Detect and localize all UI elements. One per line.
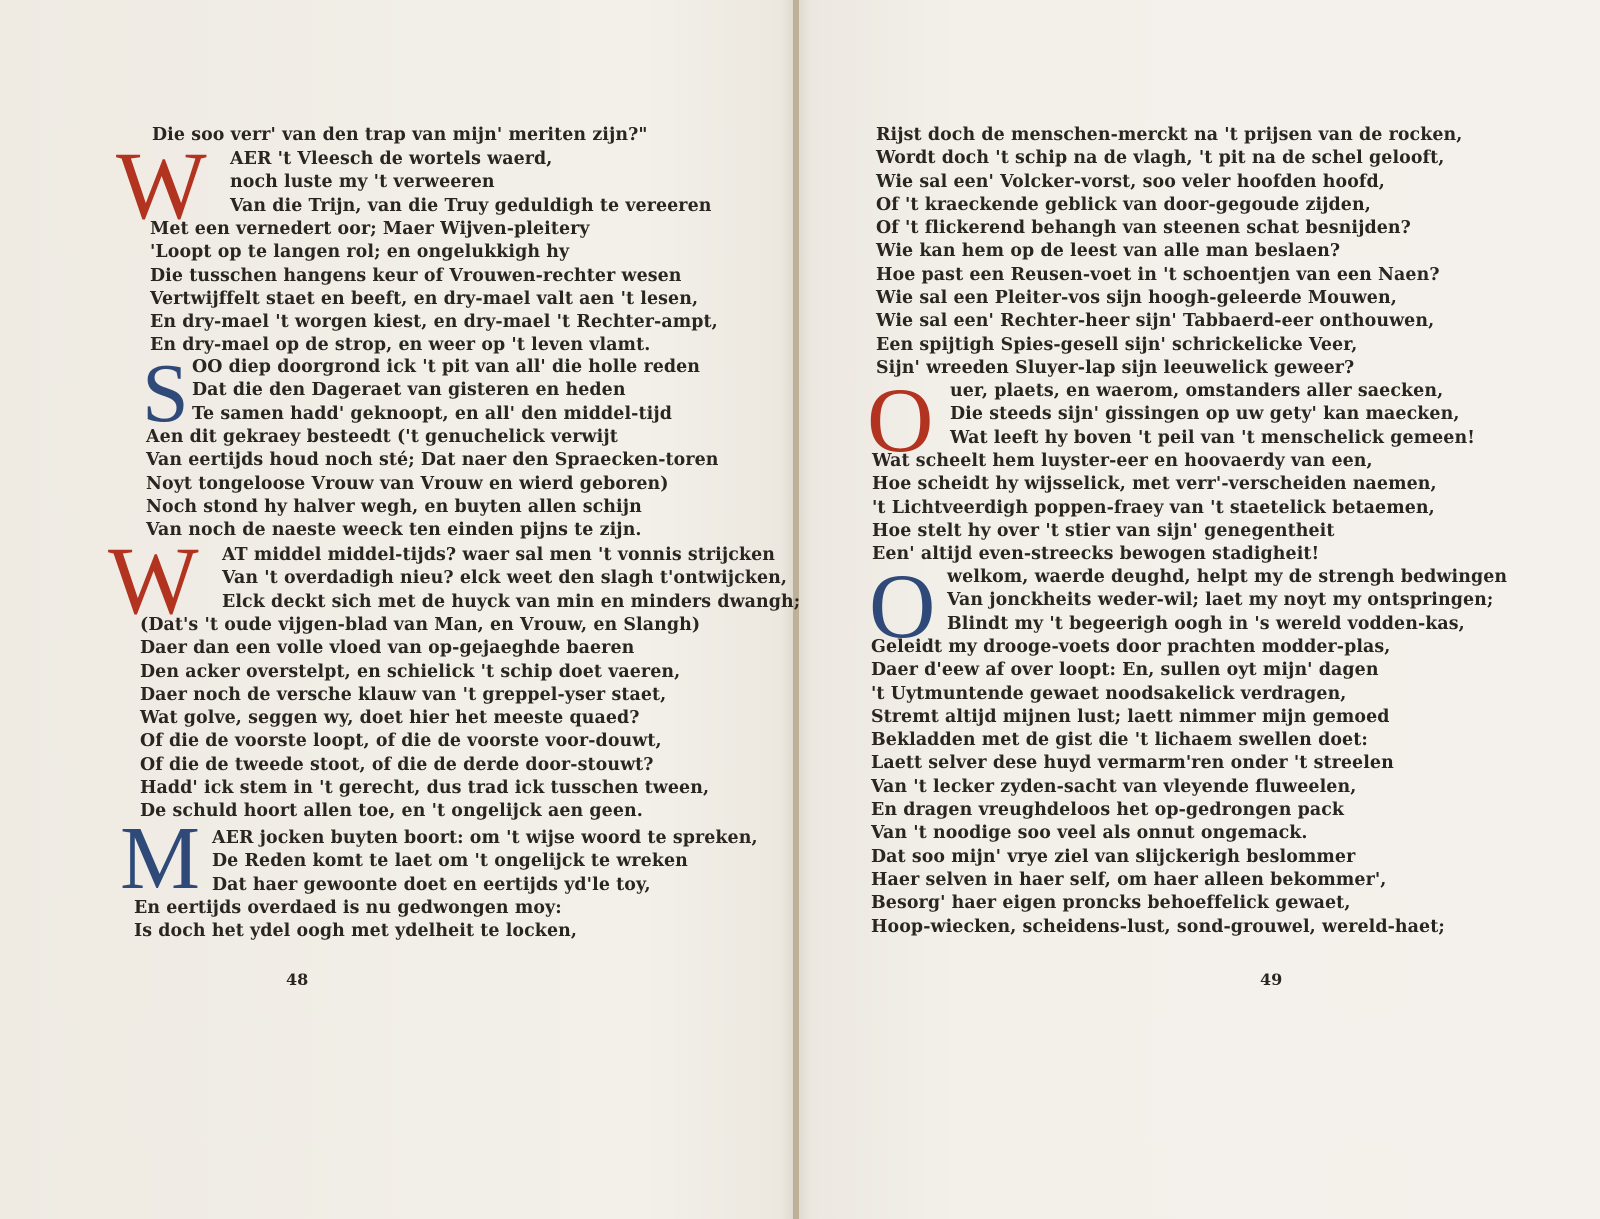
poem-line: 't Uytmuntende gewaet noodsakelick verdr…: [871, 683, 1445, 706]
stanza-cap-lines: welkom, waerde deughd, helpt my de stren…: [947, 566, 1507, 636]
poem-line: Hoe past een Reusen-voet in 't schoentje…: [876, 264, 1462, 287]
poem-line: Rijst doch de menschen-merckt na 't prij…: [876, 124, 1462, 147]
poem-line: Of die de voorste loopt, of die de voors…: [140, 730, 709, 753]
page-number: 49: [1260, 970, 1282, 989]
poem-line: OO diep doorgrond ick 't pit van all' di…: [192, 356, 700, 379]
poem-line: AER jocken buyten boort: om 't wijse woo…: [212, 827, 758, 850]
poem-line: Van 't overdadigh nieu? elck weet den sl…: [222, 567, 800, 590]
poem-line: Stremt altijd mijnen lust; laett nimmer …: [871, 706, 1445, 729]
poem-line: Vertwijffelt staet en beeft, en dry-mael…: [150, 288, 718, 311]
poem-line: Haer selven in haer self, om haer alleen…: [871, 869, 1445, 892]
poem-line: Hadd' ick stem in 't gerecht, dus trad i…: [140, 777, 709, 800]
poem-line: 't Lichtveerdigh poppen-fraey van 't sta…: [872, 497, 1437, 520]
poem-line: Van eertijds houd noch sté; Dat naer den…: [146, 449, 719, 472]
poem-line: Wie sal een Pleiter-vos sijn hoogh-gelee…: [876, 287, 1462, 310]
poem-line: En dry-mael 't worgen kiest, en dry-mael…: [150, 311, 718, 334]
stanza-lines: Met een vernedert oor; Maer Wijven-pleit…: [150, 218, 718, 358]
poem-line: Daer d'eew af over loopt: En, sullen oyt…: [871, 659, 1445, 682]
poem-line: (Dat's 't oude vijgen-blad van Man, en V…: [140, 614, 709, 637]
poem-line: Elck deckt sich met de huyck van min en …: [222, 591, 800, 614]
poem-line: Dat haer gewoonte doet en eertijds yd'le…: [212, 874, 758, 897]
poem-line: uer, plaets, en waerom, omstanders aller…: [950, 380, 1475, 403]
poem-line: Met een vernedert oor; Maer Wijven-pleit…: [150, 218, 718, 241]
poem-line: Die tusschen hangens keur of Vrouwen-rec…: [150, 265, 718, 288]
poem-line: Geleidt my drooge-voets door prachten mo…: [871, 636, 1445, 659]
poem-line: Sijn' wreeden Sluyer-lap sijn leeuwelick…: [876, 357, 1462, 380]
poem-line: Hoop-wiecken, scheidens-lust, sond-grouw…: [871, 916, 1445, 939]
poem-line: Wie sal een' Volcker-vorst, soo veler ho…: [876, 171, 1462, 194]
stanza-lines: Wat scheelt hem luyster-eer en hoovaerdy…: [872, 450, 1437, 566]
poem-line: Wat leeft hy boven 't peil van 't mensch…: [950, 427, 1475, 450]
poem-line: Noyt tongeloose Vrouw van Vrouw en wierd…: [146, 473, 719, 496]
poem-line: Hoe scheidt hy wijsselick, met verr'-ver…: [872, 473, 1437, 496]
poem-line: welkom, waerde deughd, helpt my de stren…: [947, 566, 1507, 589]
poem-line: Wat golve, seggen wy, doet hier het mees…: [140, 707, 709, 730]
drop-cap-initial: S: [142, 352, 189, 436]
poem-line: De schuld hoort allen toe, en 't ongelij…: [140, 800, 709, 823]
poem-line: Wie sal een' Rechter-heer sijn' Tabbaerd…: [876, 310, 1462, 333]
poem-line: Dat die den Dageraet van gisteren en hed…: [192, 379, 700, 402]
left-page: Die soo verr' van den trap van mijn' mer…: [0, 0, 793, 1219]
poem-line: Van noch de naeste weeck ten einden pijn…: [146, 519, 719, 542]
poem-line: Dat soo mijn' vrye ziel van slijckerigh …: [871, 846, 1445, 869]
poem-line: Besorg' haer eigen proncks behoeffelick …: [871, 892, 1445, 915]
poem-line: Wordt doch 't schip na de vlagh, 't pit …: [876, 147, 1462, 170]
poem-line: Van 't noodige soo veel als onnut ongema…: [871, 822, 1445, 845]
poem-line: Noch stond hy halver wegh, en buyten all…: [146, 496, 719, 519]
poem-line: Bekladden met de gist die 't lichaem swe…: [871, 729, 1445, 752]
poem-line: Aen dit gekraey besteedt ('t genuchelick…: [146, 426, 719, 449]
poem-line: Hoe stelt hy over 't stier van sijn' gen…: [872, 520, 1437, 543]
poem-line: Een' altijd even-streecks bewogen stadig…: [872, 543, 1437, 566]
stanza-lines: En eertijds overdaed is nu gedwongen moy…: [134, 897, 577, 944]
poem-line: AT middel middel-tijds? waer sal men 't …: [222, 544, 800, 567]
stanza-cap-lines: AER jocken buyten boort: om 't wijse woo…: [212, 827, 758, 897]
poem-line: Laett selver dese huyd vermarm'ren onder…: [871, 752, 1445, 775]
stanza-cap-lines: uer, plaets, en waerom, omstanders aller…: [950, 380, 1475, 450]
poem-line: Van jonckheits weder-wil; laet my noyt m…: [947, 589, 1507, 612]
poem-line: Of 't kraeckende geblick van door-gegoud…: [876, 194, 1462, 217]
poem-line: 'Loopt op te langen rol; en ongelukkigh …: [150, 241, 718, 264]
book-spread: Die soo verr' van den trap van mijn' mer…: [0, 0, 1600, 1219]
poem-line: Wat scheelt hem luyster-eer en hoovaerdy…: [872, 450, 1437, 473]
poem-line: Te samen hadd' geknoopt, en all' den mid…: [192, 403, 700, 426]
poem-line: Een spijtigh Spies-gesell sijn' schricke…: [876, 334, 1462, 357]
drop-cap-initial: M: [120, 814, 200, 904]
stanza-cap-lines: AER 't Vleesch de wortels waerd, noch lu…: [230, 148, 711, 218]
poem-line: [871, 939, 1445, 962]
stanza-lines: Aen dit gekraey besteedt ('t genuchelick…: [146, 426, 719, 542]
poem-line: Die steeds sijn' gissingen op uw gety' k…: [950, 403, 1475, 426]
poem-line: Of die de tweede stoot, of die de derde …: [140, 754, 709, 777]
poem-line: Blindt my 't begeerigh oogh in 's wereld…: [947, 613, 1507, 636]
poem-line: Of 't flickerend behangh van steenen sch…: [876, 217, 1462, 240]
poem-line: Wie kan hem op de leest van alle man bes…: [876, 240, 1462, 263]
left-page-opening-line: Die soo verr' van den trap van mijn' mer…: [152, 124, 648, 147]
stanza-lines: Geleidt my drooge-voets door prachten mo…: [871, 636, 1445, 962]
poem-line: En dry-mael op de strop, en weer op 't l…: [150, 334, 718, 357]
poem-line: De Reden komt te laet om 't ongelijck te…: [212, 850, 758, 873]
poem-line: Van 't lecker zyden-sacht van vleyende f…: [871, 776, 1445, 799]
page-number: 48: [286, 970, 308, 989]
poem-line: Is doch het ydel oogh met ydelheit te lo…: [134, 920, 577, 943]
stanza-cap-lines: AT middel middel-tijds? waer sal men 't …: [222, 544, 800, 614]
stanza-lines: Rijst doch de menschen-merckt na 't prij…: [876, 124, 1462, 380]
poem-line: noch luste my 't verweeren: [230, 171, 711, 194]
poem-line: Den acker overstelpt, en schielick 't sc…: [140, 661, 709, 684]
stanza-lines: (Dat's 't oude vijgen-blad van Man, en V…: [140, 614, 709, 824]
poem-line: Daer noch de versche klauw van 't greppe…: [140, 684, 709, 707]
right-page: Rijst doch de menschen-merckt na 't prij…: [799, 0, 1600, 1219]
poem-line: Van die Trijn, van die Truy geduldigh te…: [230, 195, 711, 218]
poem-line: Daer dan een volle vloed van op-gejaeghd…: [140, 637, 709, 660]
stanza-cap-lines: OO diep doorgrond ick 't pit van all' di…: [192, 356, 700, 426]
poem-line: Die soo verr' van den trap van mijn' mer…: [152, 124, 648, 147]
poem-line: AER 't Vleesch de wortels waerd,: [230, 148, 711, 171]
poem-line: En dragen vreughdeloos het op-gedrongen …: [871, 799, 1445, 822]
poem-line: En eertijds overdaed is nu gedwongen moy…: [134, 897, 577, 920]
